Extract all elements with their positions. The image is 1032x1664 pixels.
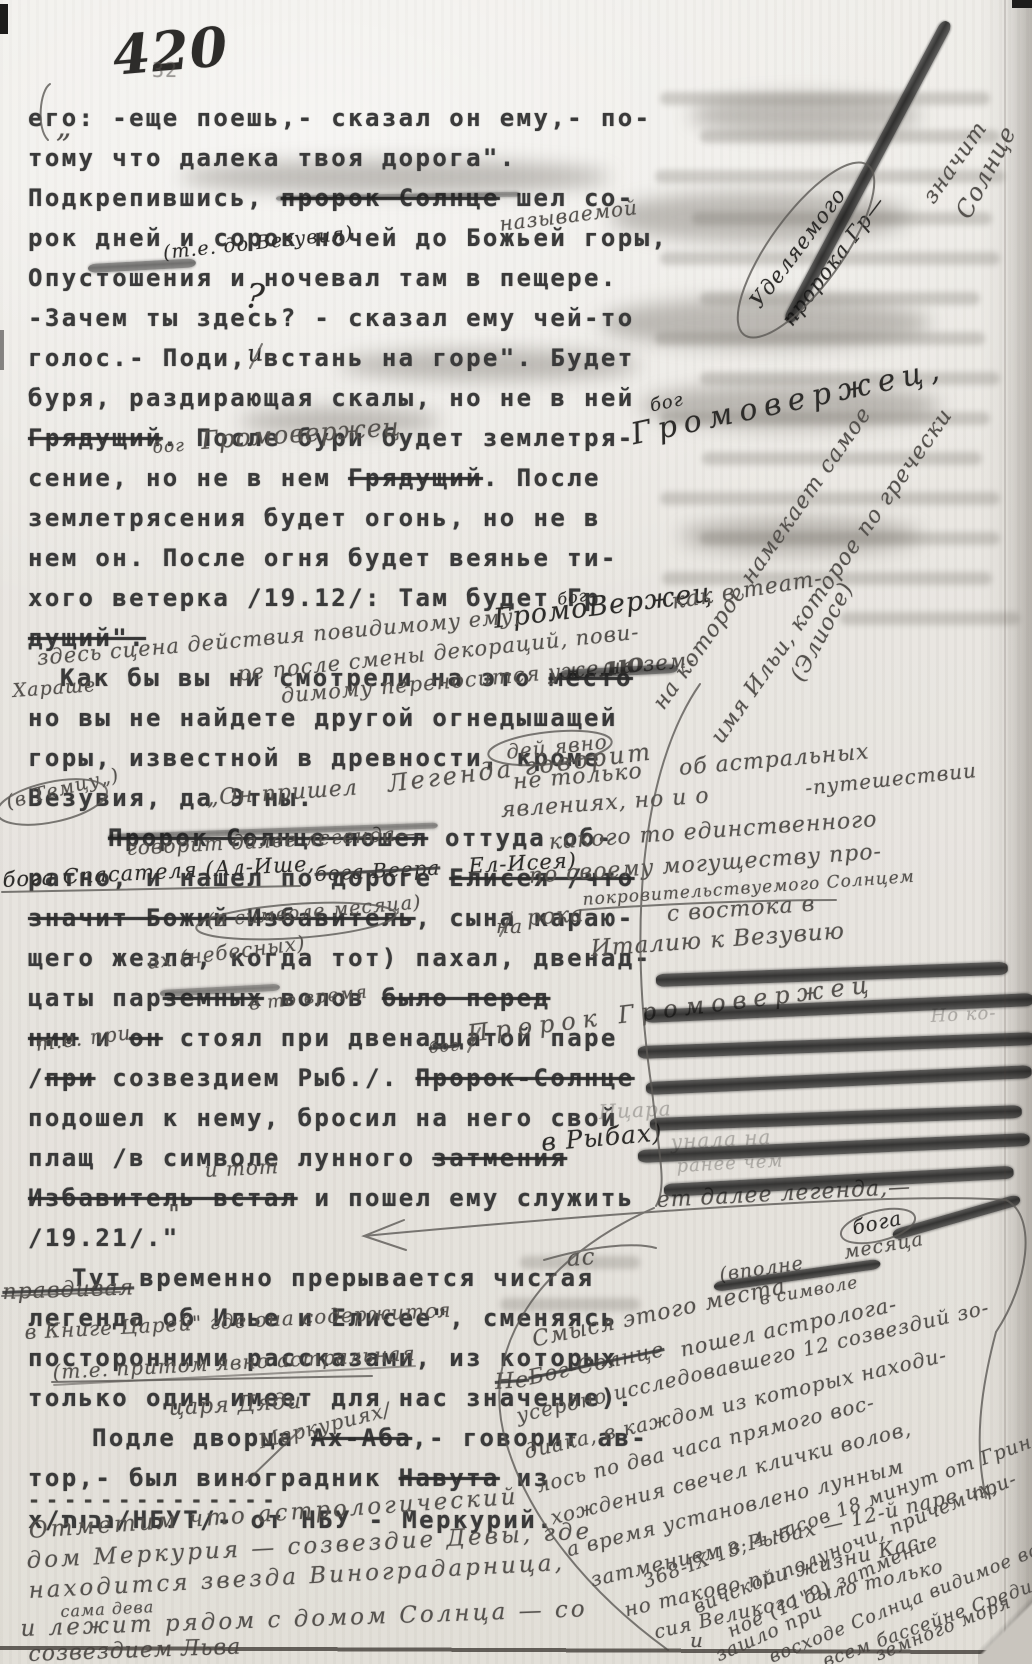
scan-speck bbox=[0, 4, 8, 34]
typed-text: -Зачем ты здесь? - сказал ему чей-то bbox=[28, 304, 635, 332]
struck-text: Избавитель встал bbox=[28, 1184, 298, 1212]
typed-text: . После bbox=[483, 464, 601, 492]
typed-text: подошел к нему, бросил на него свой bbox=[28, 1104, 618, 1132]
handwriting-note: „ bbox=[56, 110, 73, 145]
struck-text: Грядущий bbox=[348, 464, 483, 492]
handwriting-note: и тот bbox=[204, 1154, 279, 1182]
handwriting-note: Не bbox=[494, 1368, 530, 1395]
typed-text: / bbox=[28, 1064, 45, 1092]
typed-text: буря, раздирающая скалы, но не в ней bbox=[28, 384, 635, 412]
typed-line: плащ /в символе лунного затмения bbox=[28, 1144, 567, 1172]
typed-text: цаты пар bbox=[28, 984, 163, 1012]
typed-line: голос.- Поди, встань на горе". Будет bbox=[28, 344, 635, 372]
typed-line: сение, но не в нем Грядущий. После bbox=[28, 464, 601, 492]
typed-text: сение, но не в нем bbox=[28, 464, 348, 492]
scratch-mark bbox=[891, 1194, 1021, 1241]
handwriting-note: бог bbox=[428, 1035, 460, 1057]
typed-line: его: -еще поешь,- сказал он ему,- по- bbox=[28, 104, 651, 132]
bleed-through-line bbox=[660, 492, 1000, 505]
struck-text: Пророк-Солнце bbox=[416, 1064, 635, 1092]
struck-text: при bbox=[45, 1064, 96, 1092]
handwriting-note: правдивая bbox=[2, 1275, 135, 1305]
scan-speck bbox=[0, 330, 4, 370]
manuscript-page: его: -еще поешь,- сказал он ему,- по-том… bbox=[0, 0, 1032, 1664]
handwriting-note: ас bbox=[566, 1244, 596, 1272]
typed-text: созвездием Рыб./. bbox=[95, 1064, 415, 1092]
handwriting-note: и bbox=[246, 338, 265, 368]
typed-line: подошел к нему, бросил на него свой bbox=[28, 1104, 618, 1132]
typed-text: нем он. После огня будет веянье ти- bbox=[28, 544, 618, 572]
handwriting-note: рока bbox=[526, 902, 585, 931]
typed-line: /19.21/." bbox=[28, 1224, 180, 1252]
scratch-mark bbox=[646, 1065, 1032, 1095]
typed-text: и пошел ему служить bbox=[298, 1184, 635, 1212]
page-number-typed: 32 bbox=[152, 58, 178, 82]
typed-line: но вы не найдете другой огнедышащей bbox=[28, 704, 618, 732]
handwriting-note: " bbox=[168, 1200, 181, 1230]
typed-line: -Зачем ты здесь? - сказал ему чей-то bbox=[28, 304, 635, 332]
scan-speck bbox=[1012, 0, 1032, 8]
typed-line: щего жезла, когда тот) пахал, двенад- bbox=[28, 944, 651, 972]
typed-text: Подкрепившись, bbox=[28, 184, 281, 212]
typed-text: землетрясения будет огонь, но не в bbox=[28, 504, 601, 532]
handwriting-note: на bbox=[496, 914, 523, 938]
typed-line: Избавитель встал и пошел ему служить bbox=[28, 1184, 635, 1212]
typed-text: Тут временно прерывается чистая bbox=[72, 1264, 594, 1292]
bleed-through-line bbox=[840, 612, 1020, 625]
annotation-blob-right-stroke bbox=[980, 1332, 996, 1498]
handwriting-note: „Он пришел bbox=[206, 775, 359, 810]
typed-text: но вы не найдете другой огнедышащей bbox=[28, 704, 618, 732]
struck-text: было перед bbox=[382, 984, 551, 1012]
handwriting-note: Хараше bbox=[12, 674, 97, 702]
page-crease bbox=[1004, 0, 1006, 1664]
handwriting-note: бог bbox=[152, 436, 186, 458]
page-corner-fold bbox=[978, 1588, 1032, 1664]
typed-text: его: -еще поешь,- сказал он ему,- по- bbox=[28, 104, 651, 132]
typed-line: буря, раздирающая скалы, но не в ней bbox=[28, 384, 635, 412]
typed-line: тому что далека твоя дорога". bbox=[28, 144, 517, 172]
typed-line: землетрясения будет огонь, но не в bbox=[28, 504, 601, 532]
typed-text: тому что далека твоя дорога". bbox=[28, 144, 517, 172]
typed-text: голос.- Поди, встань на горе". Будет bbox=[28, 344, 635, 372]
typed-line: нем он. После огня будет веянье ти- bbox=[28, 544, 618, 572]
struck-text: Грядущий bbox=[28, 424, 163, 452]
scratch-mark bbox=[638, 1032, 1032, 1059]
typed-line: /при созвездием Рыб./. Пророк-Солнце bbox=[28, 1064, 635, 1092]
scratch-mark bbox=[650, 1105, 1022, 1131]
typed-text: щего жезла, когда тот) пахал, двенад- bbox=[28, 944, 651, 972]
typed-text: /19.21/." bbox=[28, 1224, 180, 1252]
typed-line: Тут временно прерывается чистая bbox=[72, 1264, 594, 1292]
arrow-icon bbox=[364, 1220, 406, 1250]
struck-text: он bbox=[129, 1024, 163, 1052]
